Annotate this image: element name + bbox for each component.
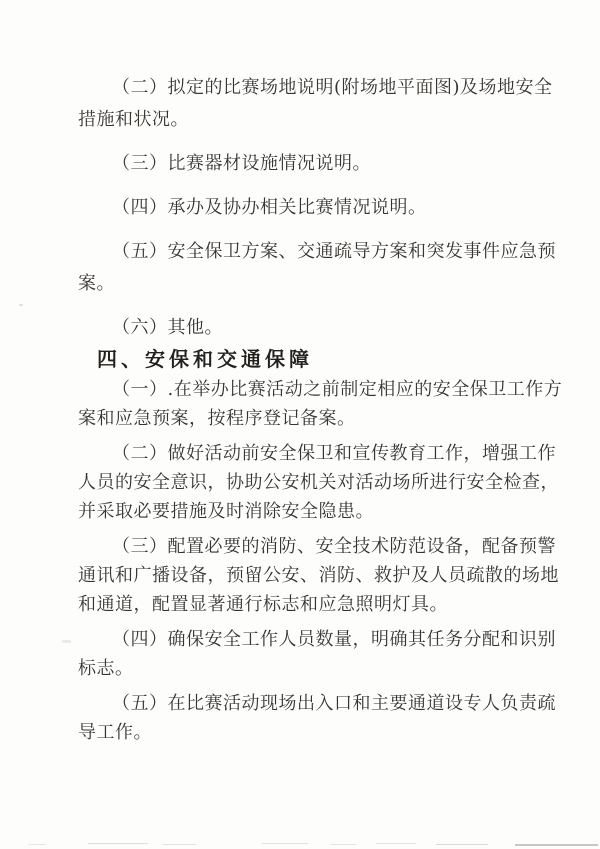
paragraph-item-3: （三）比赛器材设施情况说明。 bbox=[78, 148, 578, 180]
text-line: 人员的安全意识，协助公安机关对活动场所进行安全检查， bbox=[78, 468, 578, 497]
text-line: （三）比赛器材设施情况说明。 bbox=[78, 148, 578, 180]
scan-artifact-line bbox=[28, 844, 46, 845]
text-line: （二）做好活动前安全保卫和宣传教育工作，增强工作 bbox=[78, 439, 578, 468]
scan-artifact-line bbox=[515, 844, 598, 846]
document-text-block: （二）拟定的比赛场地说明(附场地平面图)及场地安全 措施和状况。 （三）比赛器材… bbox=[78, 72, 578, 753]
text-line: 案。 bbox=[78, 268, 578, 300]
text-line: （一）.在举办比赛活动之前制定相应的安全保卫工作方 bbox=[78, 375, 578, 404]
section-heading: 四、安保和交通保障 bbox=[78, 344, 578, 375]
scan-speck bbox=[19, 304, 23, 306]
text-line: （四）确保安全工作人员数量，明确其任务分配和识别 bbox=[78, 625, 578, 654]
text-line: 导工作。 bbox=[78, 718, 578, 747]
paragraph-sec4-item-2: （二）做好活动前安全保卫和宣传教育工作，增强工作 人员的安全意识，协助公安机关对… bbox=[78, 439, 578, 526]
paragraph-item-6: （六）其他。 bbox=[78, 312, 578, 344]
scan-speck bbox=[62, 640, 71, 643]
text-line: （六）其他。 bbox=[78, 312, 578, 344]
text-line: （五）安全保卫方案、交通疏导方案和突发事件应急预 bbox=[78, 236, 578, 268]
scan-artifact-line bbox=[436, 844, 488, 845]
text-line: 措施和状况。 bbox=[78, 104, 578, 136]
scan-artifact-line bbox=[88, 843, 148, 844]
paragraph-sec4-item-3: （三）配置必要的消防、安全技术防范设备，配备预警 通讯和广播设备，预留公安、消防… bbox=[78, 532, 578, 619]
text-line: 标志。 bbox=[78, 654, 578, 683]
text-line: （五）在比赛活动现场出入口和主要通道设专人负责疏 bbox=[78, 689, 578, 718]
text-line: （三）配置必要的消防、安全技术防范设备，配备预警 bbox=[78, 532, 578, 561]
paragraph-item-2: （二）拟定的比赛场地说明(附场地平面图)及场地安全 措施和状况。 bbox=[78, 72, 578, 136]
scan-artifact-line bbox=[376, 843, 416, 844]
scan-artifact-line bbox=[162, 844, 196, 845]
paragraph-sec4-item-1: （一）.在举办比赛活动之前制定相应的安全保卫工作方 案和应急预案，按程序登记备案… bbox=[78, 375, 578, 433]
text-line: 并采取必要措施及时消除安全隐患。 bbox=[78, 497, 578, 526]
section-heading-text: 四、安保和交通保障 bbox=[97, 344, 578, 375]
text-line: 案和应急预案，按程序登记备案。 bbox=[78, 404, 578, 433]
text-line: （二）拟定的比赛场地说明(附场地平面图)及场地安全 bbox=[78, 72, 578, 104]
text-line: （四）承办及协办相关比赛情况说明。 bbox=[78, 192, 578, 224]
paragraph-item-5: （五）安全保卫方案、交通疏导方案和突发事件应急预 案。 bbox=[78, 236, 578, 300]
text-line: 通讯和广播设备，预留公安、消防、救护及人员疏散的场地 bbox=[78, 561, 578, 590]
paragraph-item-4: （四）承办及协办相关比赛情况说明。 bbox=[78, 192, 578, 224]
scan-artifact-line bbox=[330, 844, 356, 845]
paragraph-sec4-item-4: （四）确保安全工作人员数量，明确其任务分配和识别 标志。 bbox=[78, 625, 578, 683]
scan-artifact-line bbox=[262, 843, 308, 844]
paragraph-sec4-item-5: （五）在比赛活动现场出入口和主要通道设专人负责疏 导工作。 bbox=[78, 689, 578, 747]
document-page: （二）拟定的比赛场地说明(附场地平面图)及场地安全 措施和状况。 （三）比赛器材… bbox=[0, 0, 600, 849]
text-line: 和通道，配置显著通行标志和应急照明灯具。 bbox=[78, 590, 578, 619]
